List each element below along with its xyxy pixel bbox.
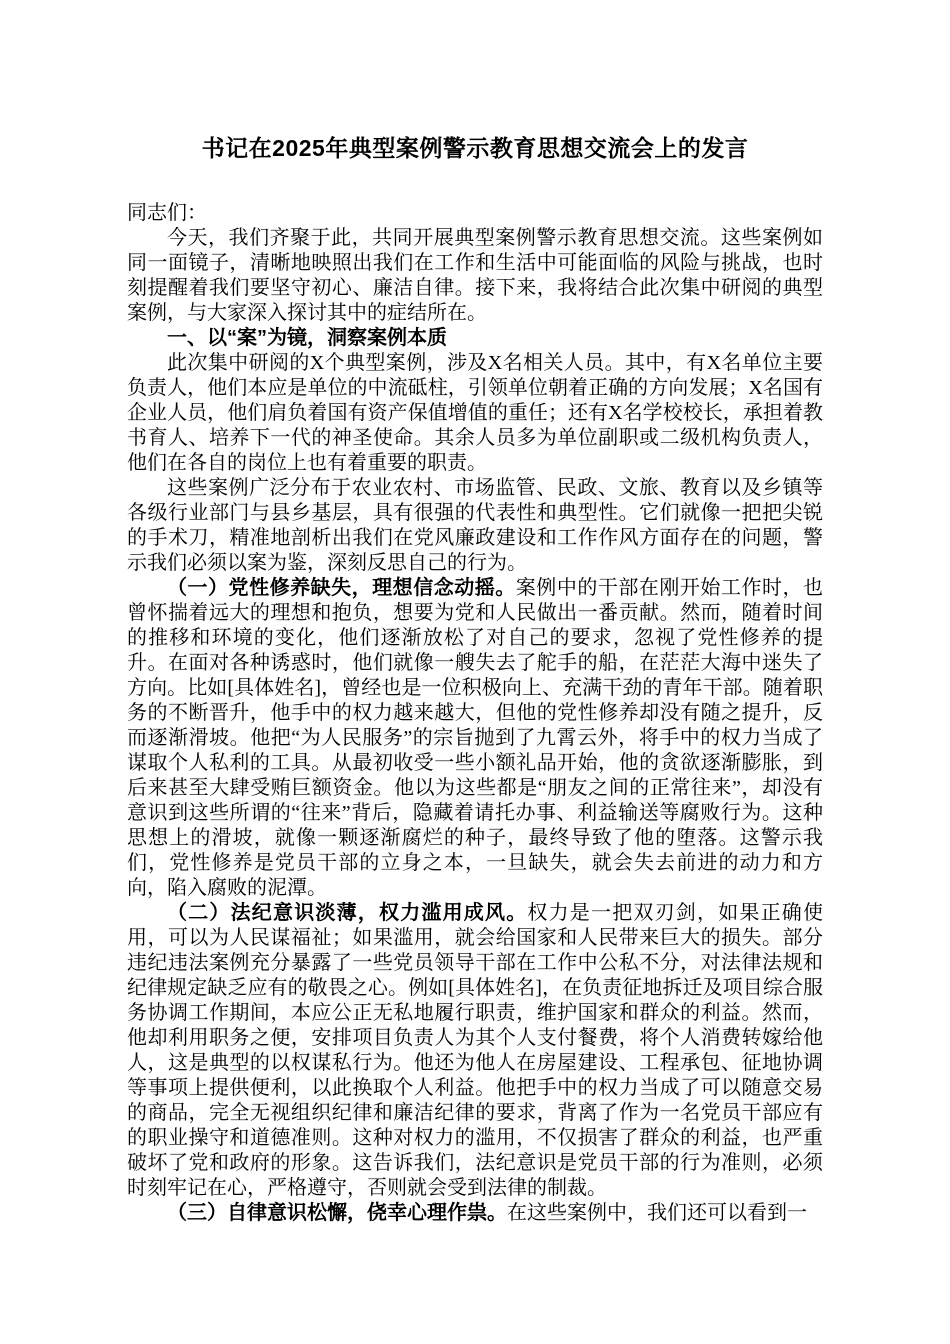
subsection-1-lead: （一）党性修养缺失，理想信念动摇。 (167, 577, 516, 599)
subsection-2-paragraph: （二）法纪意识淡薄，权力滥用成风。权力是一把双刃剑，如果正确使用，可以为人民谋福… (127, 901, 823, 1201)
subsection-3-text: 在这些案例中，我们还可以看到一 (507, 1202, 807, 1224)
intro-paragraph: 今天，我们齐聚于此，共同开展典型案例警示教育思想交流。这些案例如同一面镜子，清晰… (127, 226, 823, 326)
subsection-2-text: 权力是一把双刃剑，如果正确使用，可以为人民谋福祉；如果滥用，就会给国家和人民带来… (127, 902, 823, 1199)
section-1-paragraph-2: 这些案例广泛分布于农业农村、市场监管、民政、文旅、教育以及乡镇等各级行业部门与县… (127, 476, 823, 576)
subsection-3-lead: （三）自律意识松懈，侥幸心理作祟。 (167, 1202, 507, 1224)
subsection-2-lead: （二）法纪意识淡薄，权力滥用成风。 (167, 902, 527, 924)
document-title: 书记在2025年典型案例警示教育思想交流会上的发言 (127, 133, 823, 163)
subsection-3-paragraph: （三）自律意识松懈，侥幸心理作祟。在这些案例中，我们还可以看到一 (127, 1201, 823, 1226)
salutation: 同志们： (127, 201, 823, 226)
document-page: 书记在2025年典型案例警示教育思想交流会上的发言 同志们： 今天，我们齐聚于此… (0, 0, 950, 1344)
section-1-heading: 一、以“案”为镜，洞察案例本质 (127, 326, 823, 351)
document-content: 书记在2025年典型案例警示教育思想交流会上的发言 同志们： 今天，我们齐聚于此… (0, 0, 950, 1226)
subsection-1-paragraph: （一）党性修养缺失，理想信念动摇。案例中的干部在刚开始工作时，也曾怀揣着远大的理… (127, 576, 823, 901)
subsection-1-text: 案例中的干部在刚开始工作时，也曾怀揣着远大的理想和抱负，想要为党和人民做出一番贡… (127, 577, 823, 899)
section-1-paragraph-1: 此次集中研阅的X个典型案例，涉及X名相关人员。其中，有X名单位主要负责人，他们本… (127, 351, 823, 476)
